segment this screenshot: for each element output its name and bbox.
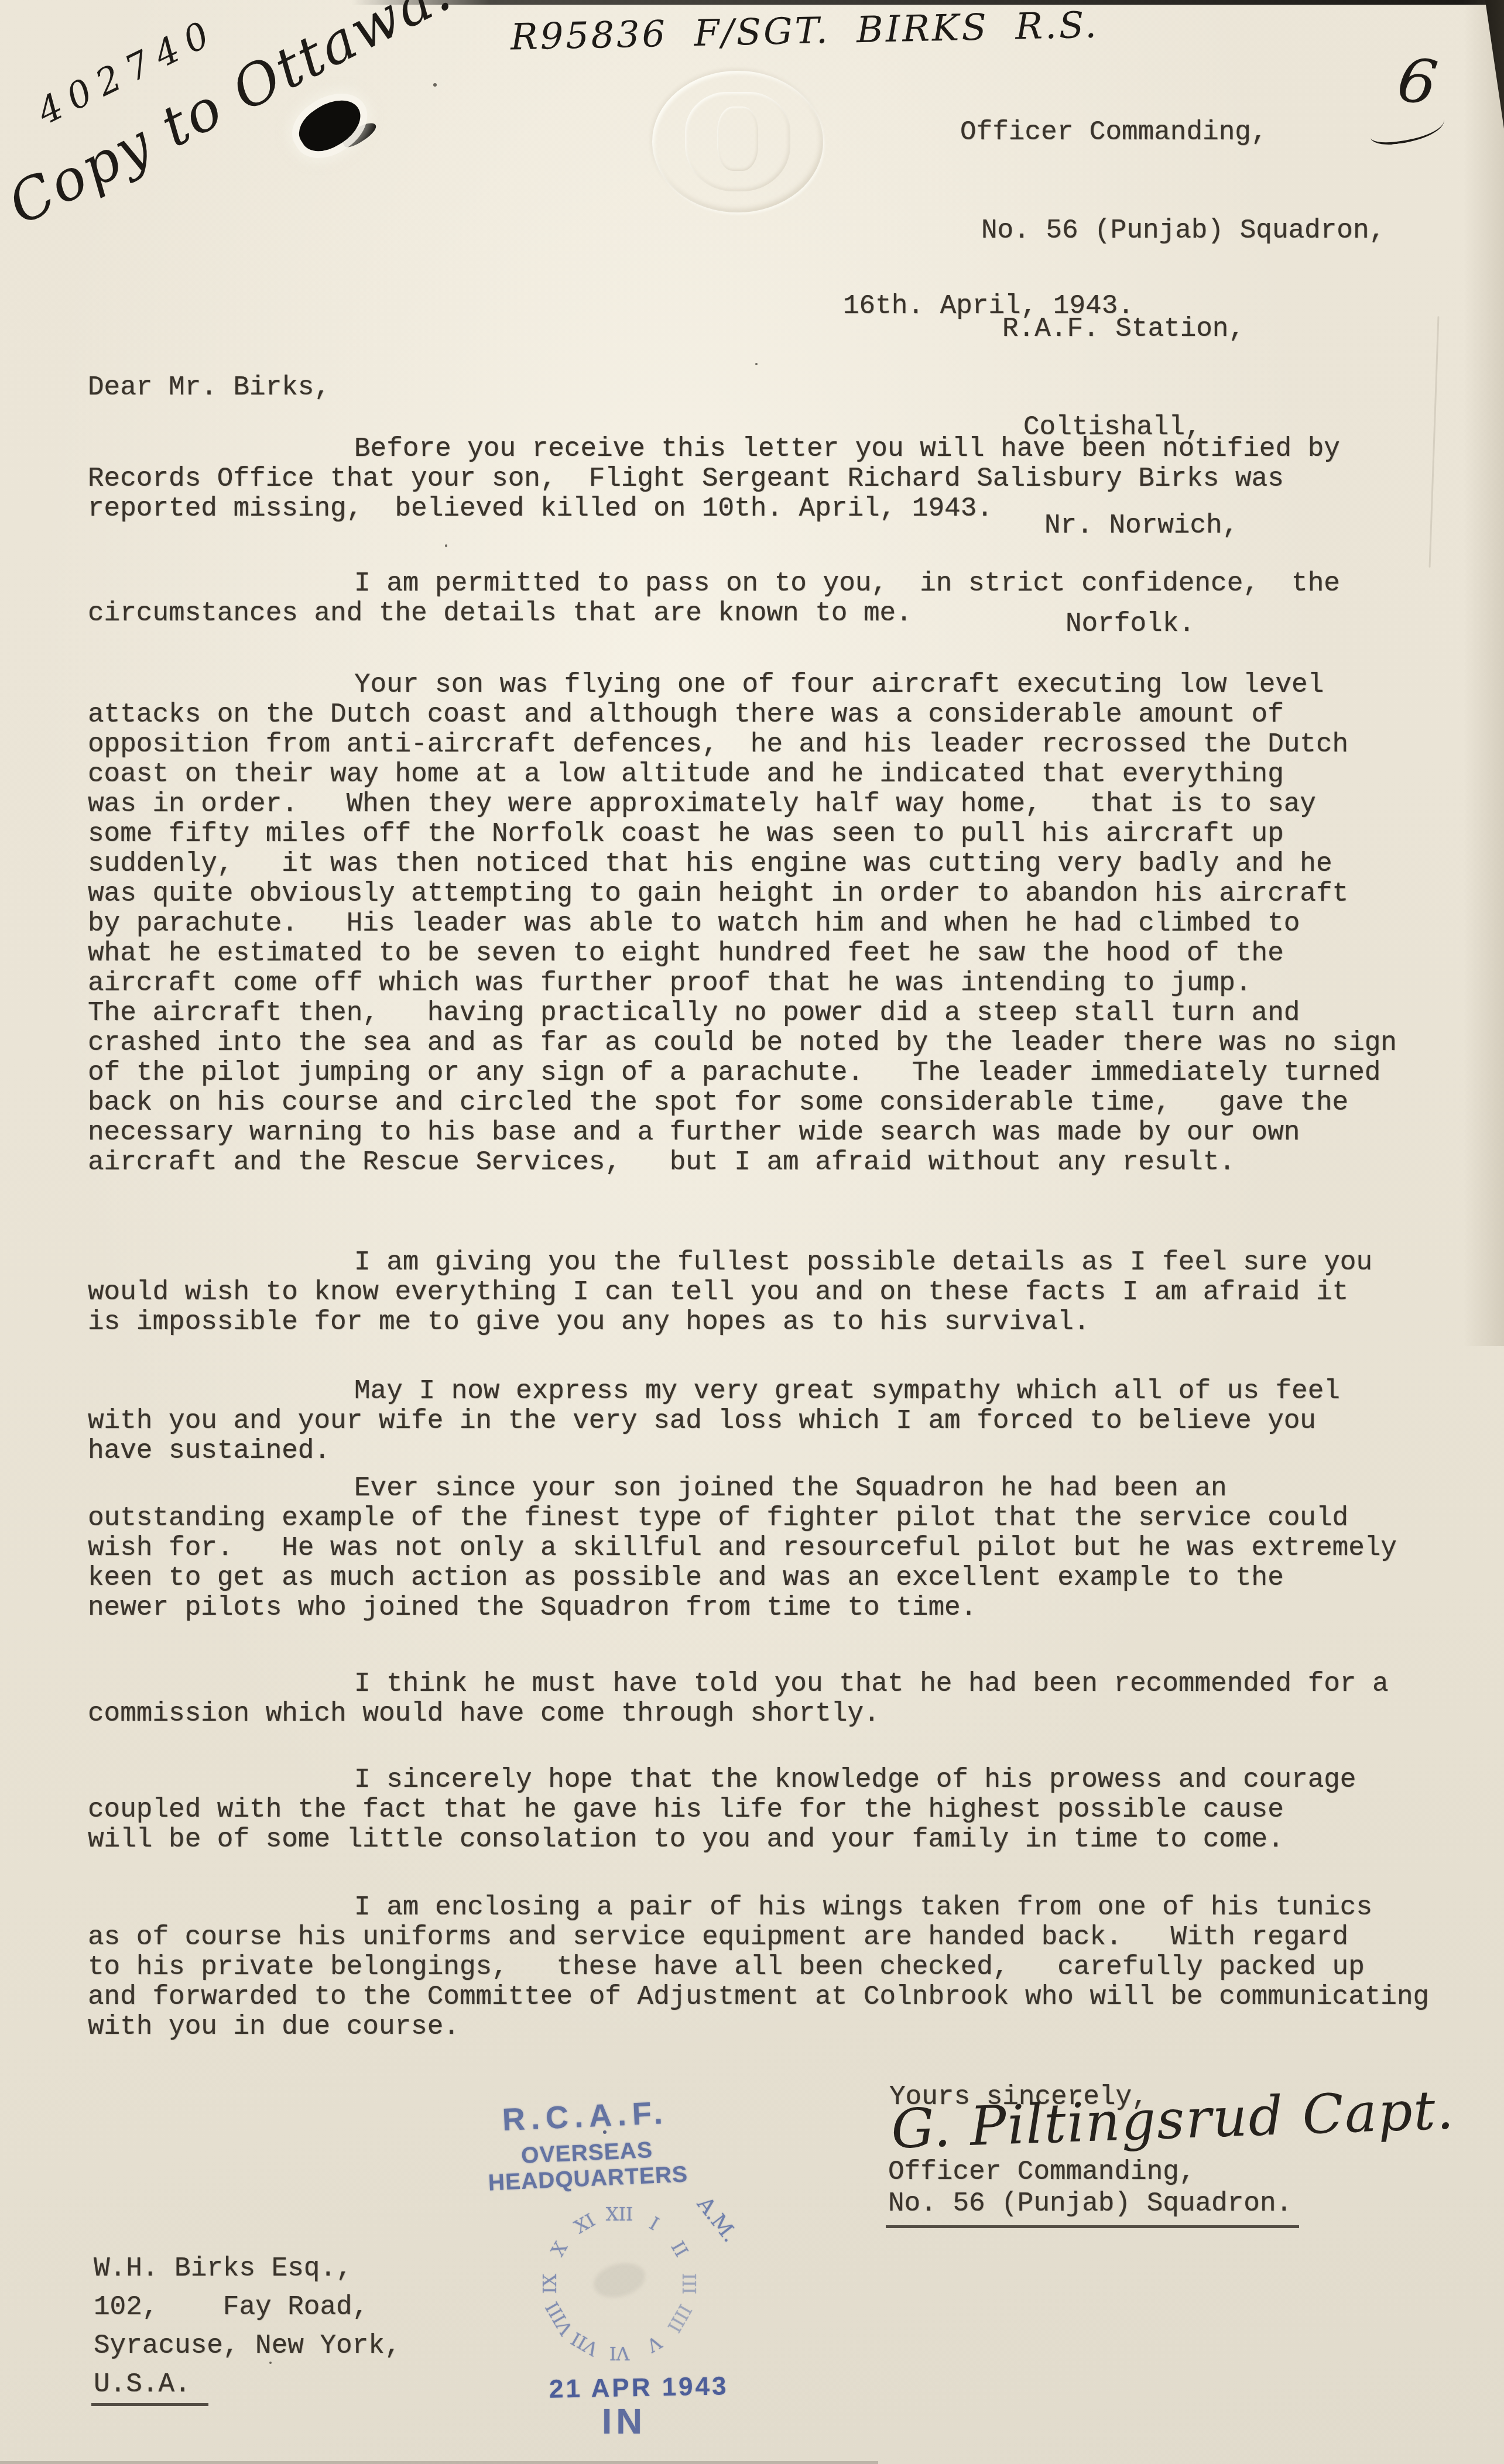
date-line: 16th. April, 1943.	[843, 291, 1134, 321]
paragraph-tribute: Ever since your son joined the Squadron …	[88, 1474, 1493, 1623]
dial-numeral: VI	[609, 2342, 630, 2363]
letterhead-line: No. 56 (Punjab) Squadron,	[981, 214, 1385, 247]
dial-numeral: I	[646, 2213, 663, 2235]
paper-speck	[433, 83, 437, 87]
paragraph-belongings: I am enclosing a pair of his wings taken…	[88, 1893, 1493, 2042]
rcaf-stamp-line1: R.C.A.F.	[433, 2092, 738, 2142]
paragraph-circumstances: Your son was flying one of four aircraft…	[88, 670, 1493, 1178]
signer-squadron-line: No. 56 (Punjab) Squadron.	[888, 2189, 1292, 2219]
squadron-code-annotation: 6	[1393, 43, 1442, 119]
stamp-smudge	[590, 2257, 649, 2302]
paper-speck	[755, 363, 758, 365]
paragraph-notification: Before you receive this letter you will …	[88, 434, 1493, 524]
in-stamp: IN	[602, 2401, 646, 2442]
rcaf-headquarters-stamp: R.C.A.F. OVERSEAS HEADQUARTERS	[433, 2092, 741, 2199]
dial-numeral: VIII	[542, 2298, 577, 2338]
paper-speck	[445, 544, 447, 547]
dial-numeral: IX	[540, 2274, 561, 2294]
paragraph-sympathy: May I now express my very great sympathy…	[88, 1377, 1493, 1466]
seal-shield	[717, 107, 758, 171]
signer-title-line: Officer Commanding,	[888, 2157, 1195, 2187]
scanned-letter-page: 402740 Copy to Ottawa. R95836 F/SGT. BIR…	[0, 0, 1504, 2464]
scan-bottom-edge-artifact	[0, 2461, 878, 2464]
dial-numeral: IIII	[663, 2301, 696, 2336]
dial-numeral: III	[678, 2273, 699, 2295]
dial-numeral: II	[666, 2237, 691, 2260]
salutation: Dear Mr. Birks,	[88, 373, 330, 403]
letterhead-line: Officer Commanding,	[960, 116, 1385, 149]
dial-numeral: X	[547, 2238, 572, 2260]
paragraph-confidence: I am permitted to pass on to you, in str…	[88, 569, 1493, 629]
dial-numeral: V	[643, 2331, 664, 2356]
dial-numeral: XII	[606, 2204, 633, 2225]
embossed-royal-seal	[652, 71, 823, 212]
dial-numeral: VII	[568, 2328, 602, 2360]
ink-blot	[291, 90, 369, 160]
received-date-stamp: 21 APR 1943	[549, 2372, 729, 2404]
paragraph-consolation: I sincerely hope that the knowledge of h…	[88, 1765, 1493, 1855]
scan-top-edge-artifact	[351, 0, 1504, 5]
paragraph-details: I am giving you the fullest possible det…	[88, 1248, 1493, 1337]
squadron-underline	[886, 2225, 1299, 2228]
dial-numeral: XI	[571, 2210, 599, 2238]
usa-underline	[91, 2403, 208, 2406]
recipient-address: W.H. Birks Esq., 102, Fay Road, Syracuse…	[94, 2249, 401, 2404]
clock-dial-time-stamp: XII I II III IIII V VI VII VIII IX X XI	[532, 2196, 707, 2372]
rcaf-stamp-line2: OVERSEAS HEADQUARTERS	[434, 2134, 741, 2199]
paragraph-commission: I think he must have told you that he ha…	[88, 1669, 1493, 1729]
